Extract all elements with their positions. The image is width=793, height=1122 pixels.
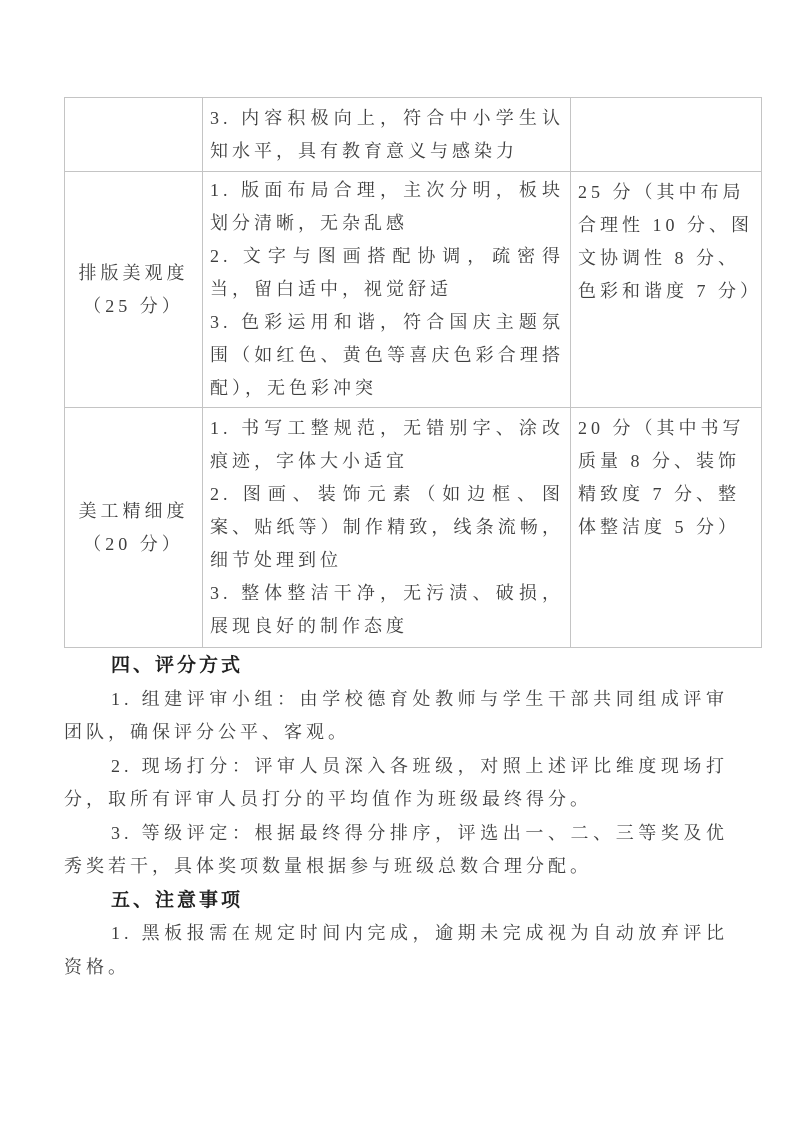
score-table: 3. 内容积极向上，符合中小学生认知水平，具有教育意义与感染力 排版美观度 （2… <box>64 97 762 648</box>
section-heading: 五、注意事项 <box>64 884 728 918</box>
dimension-cell: 排版美观度 （25 分） <box>65 172 203 408</box>
paragraph: 2. 现场打分：评审人员深入各班级，对照上述评比维度现场打分，取所有评审人员打分… <box>64 750 728 817</box>
paragraph: 1. 组建评审小组：由学校德育处教师与学生干部共同组成评审团队，确保评分公平、客… <box>64 683 728 750</box>
criteria-item: 3. 色彩运用和谐，符合国庆主题氛围（如红色、黄色等喜庆色彩合理搭配），无色彩冲… <box>210 306 564 405</box>
table-row: 3. 内容积极向上，符合中小学生认知水平，具有教育意义与感染力 <box>65 98 762 172</box>
paragraph: 1. 黑板报需在规定时间内完成，逾期未完成视为自动放弃评比资格。 <box>64 917 728 984</box>
criteria-cell: 1. 书写工整规范，无错别字、涂改痕迹，字体大小适宜 2. 图画、装饰元素（如边… <box>203 408 571 648</box>
document-body: 3. 内容积极向上，符合中小学生认知水平，具有教育意义与感染力 排版美观度 （2… <box>64 97 728 984</box>
dimension-cell <box>65 98 203 172</box>
table-row: 美工精细度 （20 分） 1. 书写工整规范，无错别字、涂改痕迹，字体大小适宜 … <box>65 408 762 648</box>
dimension-cell: 美工精细度 （20 分） <box>65 408 203 648</box>
score-cell <box>571 98 762 172</box>
criteria-item: 1. 书写工整规范，无错别字、涂改痕迹，字体大小适宜 <box>210 412 564 478</box>
section-heading: 四、评分方式 <box>64 649 728 683</box>
document-page: 3. 内容积极向上，符合中小学生认知水平，具有教育意义与感染力 排版美观度 （2… <box>0 0 793 1122</box>
text-sections: 四、评分方式 1. 组建评审小组：由学校德育处教师与学生干部共同组成评审团队，确… <box>64 649 728 984</box>
table-row: 排版美观度 （25 分） 1. 版面布局合理，主次分明，板块划分清晰，无杂乱感 … <box>65 172 762 408</box>
criteria-cell: 3. 内容积极向上，符合中小学生认知水平，具有教育意义与感染力 <box>203 98 571 172</box>
criteria-item: 3. 内容积极向上，符合中小学生认知水平，具有教育意义与感染力 <box>210 102 564 168</box>
score-cell: 20 分（其中书写质量 8 分、装饰精致度 7 分、整体整洁度 5 分） <box>571 408 762 648</box>
criteria-item: 1. 版面布局合理，主次分明，板块划分清晰，无杂乱感 <box>210 174 564 240</box>
criteria-item: 2. 图画、装饰元素（如边框、图案、贴纸等）制作精致，线条流畅，细节处理到位 <box>210 478 564 577</box>
paragraph: 3. 等级评定：根据最终得分排序，评选出一、二、三等奖及优秀奖若干，具体奖项数量… <box>64 817 728 884</box>
criteria-item: 2. 文字与图画搭配协调，疏密得当，留白适中，视觉舒适 <box>210 240 564 306</box>
criteria-cell: 1. 版面布局合理，主次分明，板块划分清晰，无杂乱感 2. 文字与图画搭配协调，… <box>203 172 571 408</box>
criteria-item: 3. 整体整洁干净，无污渍、破损，展现良好的制作态度 <box>210 577 564 643</box>
score-cell: 25 分（其中布局合理性 10 分、图文协调性 8 分、色彩和谐度 7 分） <box>571 172 762 408</box>
